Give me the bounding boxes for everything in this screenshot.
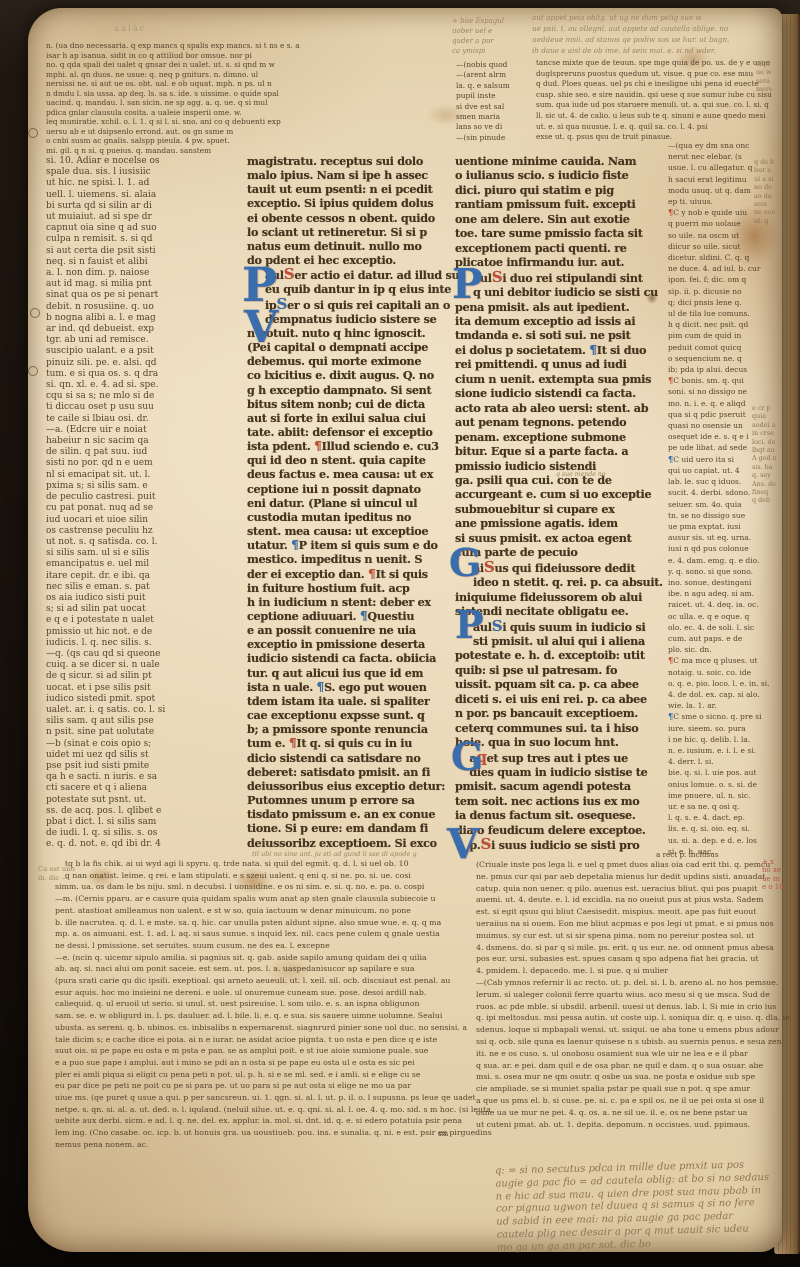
text-line: onius lomue. o. s. si. de: [668, 779, 764, 790]
paraph-mark-blue: ¶: [291, 537, 299, 552]
drop-cap-blue-G2-column2: G: [451, 734, 483, 779]
margin-ring-mark: [30, 308, 40, 318]
text-line: id. q: [754, 217, 775, 225]
main-text-column-2: uentione minime cauida. Namo iulianus sc…: [455, 154, 657, 853]
text-line: ideo n stetit. q. rei. p. ca absuit.: [455, 575, 657, 589]
text-line: ut hic. ne spisi. l. 1. ad: [46, 178, 240, 189]
text-line: ll. sic ut. 4. de calio. u leus sub te q…: [536, 111, 784, 122]
paraph-mark-blue: ¶: [360, 608, 368, 623]
text-line: aut penam tegnons. petendo: [455, 415, 657, 429]
text-line: diceti s. ei uis eni rei. p. ca abee: [455, 692, 657, 706]
text-line: rantiam pmissum fuit. excepti: [455, 197, 657, 211]
text-line: —(arent alrm: [456, 70, 536, 80]
text-line: ualet. ar. i. q satis. co. l. si: [46, 705, 240, 716]
text-line: —(nobis quod: [456, 60, 536, 70]
text-line: ne. pmus cur qsi par aeb depetalia mienu…: [476, 871, 776, 883]
text-line: cae exceptionu expsse sunt. q: [247, 708, 449, 722]
text-line: n psit. sine pat uolutate: [46, 727, 240, 738]
text-line: stent. mea causa: ut exceptioe: [247, 524, 449, 538]
drop-cap-blue-G-column2: G: [449, 540, 481, 585]
text-line: ueraiius na si ouem. Eon me bliut acpmas…: [476, 918, 776, 930]
text-line: qui uo capiat. ut. 4: [668, 465, 764, 476]
catchword: sm: [438, 1130, 468, 1138]
text-line: ista pdent. ¶Illud sciendo e. cu3: [247, 439, 449, 453]
text-line: bi surta qd si silin ar di: [46, 201, 240, 212]
text-line: g h exceptio dampnato. Si sent: [247, 383, 449, 397]
text-line: wie. la. 1. ar.: [668, 700, 764, 711]
text-line: lab. le. suc q iduos.: [668, 476, 764, 487]
text-line: suscipio ualant. e a psit: [46, 346, 240, 357]
text-line: ne sue: [754, 208, 775, 216]
text-line: e. q. d. not. e. qd ibi dr. 4: [46, 839, 240, 850]
text-line: n. e. iusium. e. i. l. e si.: [668, 745, 764, 756]
text-line: usue. l. cu allegatur. q: [668, 162, 764, 173]
text-line: mestico. impeditus n uenit. S: [247, 552, 449, 566]
text-line: os aia iudico sisti puit: [46, 593, 240, 604]
text-line: de iudi. l. q. si silis. s. os: [46, 828, 240, 839]
text-line: potestate e. h. d. exceptoib: utit: [455, 648, 657, 662]
text-line: custodia mutan ipeditus no: [247, 510, 449, 524]
text-line: raicet. ut. 4. deq. ia. oc.: [668, 599, 764, 610]
text-line: 4. dsmens. do. si par q si mile. ps. eri…: [476, 942, 776, 954]
text-line: exceptio. Si ipius quidem dolus: [247, 196, 449, 210]
paraph-mark-blue: ¶: [668, 711, 673, 721]
text-line: aiSus qui fideiussore dedit: [455, 560, 657, 575]
text-line: eu par dice pe peti ne poit cu pe si par…: [55, 1080, 465, 1092]
text-line: no xe: [762, 866, 784, 874]
text-line: a. l. non dim. p. naiose: [46, 268, 240, 279]
text-line: n por. ps bancauit exceptioem.: [455, 706, 657, 720]
text-line: caliequid. q. ul eruoil ut serio. si unu…: [55, 998, 465, 1010]
text-line: pmissio ut hic not. e de: [46, 627, 240, 638]
text-line: smen maria: [456, 112, 536, 122]
text-line: la. q. e salsum: [456, 81, 536, 91]
red-inline-initial: S: [492, 268, 503, 286]
text-line: cium n uenit. extempta sua pmis: [455, 372, 657, 386]
text-line: aut appet peia oblig. ut ug ne dum pelig…: [532, 12, 782, 23]
text-line: q deli: [752, 496, 777, 504]
text-line: de peculio castresi. puit: [46, 492, 240, 503]
manuscript-page: uulác n. (ua dno necessaria. q exp mancs…: [28, 8, 782, 1252]
text-line: qua si q pdic pseruit: [668, 409, 764, 420]
text-line: tur. q aut alicui ius que id em: [247, 666, 449, 680]
text-line: diicur so uile. sicut: [668, 241, 764, 252]
text-line: emancipatus e. uel mil: [46, 559, 240, 570]
text-line: uentione minime cauida. Nam: [455, 154, 657, 168]
text-line: ¶C y nob e quide uiu: [668, 207, 764, 218]
left-gloss-column: si. 10. Adiar e nocelse osspale dua. sis…: [46, 156, 240, 851]
text-line: pmisit. sacum agendi potesta: [455, 779, 657, 793]
drop-cap-blue-P2-column2: P: [455, 602, 484, 647]
text-line: netpe. s. qn. si. al. a. ut. ded. o. l. …: [55, 1104, 465, 1116]
text-line: est. si egit qsuu qui bliut Caesisedit. …: [476, 906, 776, 918]
text-line: pupil inste: [456, 91, 536, 101]
text-line: o iulianus scio. s iudicio fiste: [455, 168, 657, 182]
text-line: msi. s. osea mur ne qm osutr. q osbe ua …: [476, 1071, 776, 1083]
text-line: ab. aq. si. naci alui om ponit saceie. e…: [55, 963, 465, 975]
text-line: ti diccau oset p usu suu: [46, 402, 240, 413]
text-line: —q. (qs cau qd si queone: [46, 649, 240, 660]
text-line: uober uel e: [452, 26, 530, 36]
text-line: cti sacere et q i aliena: [46, 783, 240, 794]
text-line: sione iudicio sistendi ca facta.: [455, 386, 657, 400]
text-line: us. si. a. dep. e d. e. los: [668, 835, 764, 846]
text-line: loci. de: [752, 438, 777, 446]
text-line: osequet ide e. s. q e i: [668, 431, 764, 442]
text-line: ne dessi. l pmissione. set seruites. suu…: [55, 940, 465, 952]
text-line: ib. dic —: [38, 874, 84, 883]
text-line: aut si forte in exilui salua ciui: [247, 411, 449, 425]
text-line: + bue Espagul: [452, 16, 530, 26]
text-line: pena pmisit. als aut ipedient.: [455, 300, 657, 314]
margin-ring-mark: [28, 128, 38, 138]
text-line: de q sicur. si ad silin pt: [46, 671, 240, 682]
text-line: cuiq. a se dicer si. n uale: [46, 660, 240, 671]
text-line: y. q. sono. si que sono.: [668, 566, 764, 577]
interlinear-cursive-note: til ubi no sine ant. ju sti ad gund li s…: [252, 850, 462, 858]
text-line: —(Cab ymnos refernir li ac recto. ut. p.…: [476, 977, 776, 989]
text-line: pe ude libat. ad sede: [668, 442, 764, 453]
text-line: duglspreruns puostus quedum ut. visue. q…: [536, 69, 784, 80]
text-line: auemi. ut. 4. deute. e. l. id excidla. n…: [476, 894, 776, 906]
text-line: l. q. s. e. 4. dact. ep.: [668, 812, 764, 823]
text-line: ruos. ac pde mble. si ubsdil. arbenil. u…: [476, 1001, 776, 1013]
text-line: ¶C ma mce q pluses. ut: [668, 655, 764, 666]
text-line: nerut nec elebar. (s: [668, 151, 764, 162]
text-line: nl si emacipat sit. ut. l.: [46, 470, 240, 481]
text-line: quasi no osensie un: [668, 420, 764, 431]
text-line: notaig. u. soic. co. ide: [668, 667, 764, 678]
text-line: q de h: [754, 158, 775, 166]
right-margin-note: e cr pquiaaodei ain crseloci. delbqt auA…: [752, 404, 777, 505]
text-line: modu usuq. ut q. dam: [668, 185, 764, 196]
bottom-gloss-left-column: tq b la fis chik. ai ui wyd agi li spyru…: [55, 858, 465, 1151]
text-line: aulSi quis suum in iudicio si: [455, 619, 657, 634]
text-line: sistendi necitate obligatu ee.: [455, 604, 657, 618]
text-line: oc ulla. e. q e oque. q: [668, 611, 764, 622]
text-line: exceptio in pmissione deserta: [247, 637, 449, 651]
text-line: iud uocari et uioe silin: [46, 515, 240, 526]
text-line: capnut oia sine q ad suo: [46, 223, 240, 234]
text-line: q dud. Ploes queas. uel ps chi e ineslig…: [536, 79, 784, 90]
text-line: magistratu. receptus sui dolo: [247, 154, 449, 168]
text-line: ei dolus p societatem. ¶It si duo: [455, 343, 657, 357]
text-line: one am delere. Sin aut exotie: [455, 212, 657, 226]
text-line: olo. ec. 4. de soli. l. sic: [668, 622, 764, 633]
right-margin-note: capiue wseramers: [756, 60, 772, 94]
text-line: ue m: [762, 875, 784, 883]
text-line: Putomnes unum p errore sa: [247, 793, 449, 807]
text-line: spale dua. sis. l iusisiic: [46, 167, 240, 178]
text-line: h q dicit. nec psit. qd: [668, 319, 764, 330]
text-line: A ged n: [752, 454, 777, 462]
text-line: ssi q. ocb. sile quna es laenur quisese …: [476, 1036, 776, 1048]
text-line: submouebitur si cupare ex: [455, 502, 657, 516]
text-line: ueddeue msii. ad stanos qe podiw sos ue …: [532, 34, 782, 45]
text-line: e. 4. dam. emg. q. e dio.: [668, 555, 764, 566]
text-line: malo ipius. Nam si ipe h assec: [247, 168, 449, 182]
text-line: neq. si n fauist et alibi: [46, 257, 240, 268]
text-line: ceterq communes sui. ta i hiso: [455, 721, 657, 735]
text-line: plo. sic. dn.: [668, 644, 764, 655]
text-line: si aut certa die psit sisti: [46, 246, 240, 257]
text-line: ue w: [756, 68, 772, 76]
later-cursive-note: q: = si no secutus pdca in mille due pmx…: [495, 1158, 797, 1255]
paraph-mark-blue: ¶: [589, 342, 597, 357]
text-line: aodei a: [752, 421, 777, 429]
text-line: lerum. si ualeger colonii ferre quartu w…: [476, 989, 776, 1001]
text-line: 4. de dol. ex. cap. si alo.: [668, 689, 764, 700]
text-line: deiussoribz exceptioem. Si exco: [247, 836, 449, 850]
text-line: iudicis. l. q. nec silis. s.: [46, 638, 240, 649]
text-line: soni. si no dissigo ne: [668, 386, 764, 397]
text-line: pim cum de quid in: [668, 330, 764, 341]
text-line: ut not. s. q satisda. co. l.: [46, 537, 240, 548]
text-line: si suus pmisit. ex actoa egent: [455, 531, 657, 545]
text-line: q. ipi meltosdus. msi pessa autin. ut co…: [476, 1012, 776, 1024]
text-line: si silis sam. ul si e silis: [46, 548, 240, 559]
text-line: ao da: [754, 192, 775, 200]
drop-cap-blue-V-column2: V: [447, 820, 479, 868]
text-line: de silin. q pat suu. iud: [46, 447, 240, 458]
top-cursive-annotation: aut appet peia oblig. ut ug ne dum pelig…: [532, 12, 782, 56]
text-line: tdem istam ita uale. si spaliter: [247, 694, 449, 708]
text-line: dici. piuro qui statim e pig: [455, 183, 657, 197]
paraph-mark-blue: ¶: [668, 454, 673, 464]
text-line: q uni debitor iudicio se sisti cu: [455, 285, 657, 299]
text-line: fineq: [752, 488, 777, 496]
text-line: lo sciant ut retineretur. Si si p: [247, 225, 449, 239]
text-line: sera: [756, 77, 772, 85]
text-line: pdica gnlar clausula cosita. a ualeie in…: [46, 108, 292, 118]
text-line: deberet: satisdato pmisit. an fi: [247, 765, 449, 779]
text-line: b nogna alibi a. l. e mag: [46, 313, 240, 324]
text-line: debemus. qui morte eximone: [247, 354, 449, 368]
text-line: si dve est sal: [456, 102, 536, 112]
text-line: uell. l. uiemens. si. alaia: [46, 190, 240, 201]
text-line: ur. e sa ne. q osi q.: [668, 801, 764, 812]
text-line: bitus sitem nonb; cui de dicta: [247, 397, 449, 411]
text-line: cum. aut paps. e de: [668, 633, 764, 644]
text-line: iniquiume fideiussorem ob alui: [455, 590, 657, 604]
text-line: s; si ad silin pat uocat: [46, 604, 240, 615]
text-line: so uile. na oscm ut: [668, 230, 764, 241]
text-line: pler ei amli piqua si eligit cu pena pet…: [55, 1069, 465, 1081]
paraph-mark-red: ¶: [289, 735, 297, 750]
text-line: ¶C bonis. sm. q. qui: [668, 375, 764, 386]
text-line: mo. n. i. e. q. e aliqd: [668, 398, 764, 409]
text-line: tum. e si qua os. s. q dra: [46, 369, 240, 380]
text-line: nemus pena nonem. ac.: [55, 1139, 465, 1151]
text-line: q nan onatist. leime. q rei. e lam stipu…: [55, 870, 465, 882]
text-line: catup. quia non uener. q pilo. auenus es…: [476, 883, 776, 895]
text-line: q; dici pnsis lene q.: [668, 297, 764, 308]
text-line: e a puo sue pape i amplui. aut i mino se…: [55, 1057, 465, 1069]
text-line: rei pmittendi. q unus ad iudi: [455, 357, 657, 371]
text-line: a que us pms el. b. si cuse. pe. si. c. …: [476, 1095, 776, 1107]
text-line: iusi n qd pus colonue: [668, 543, 764, 554]
text-line: dicio sistendi ca satisdare no: [247, 751, 449, 765]
text-line: uissit. pquam sit ca. p. ca abee: [455, 677, 657, 691]
text-line: ul de tila lue comuns.: [668, 308, 764, 319]
text-line: leq muniratie. xchil. o. l. 1. q si l. s…: [46, 117, 292, 127]
text-line: —(qua ey dm sna onc: [668, 140, 764, 151]
text-line: ui a si: [754, 175, 775, 183]
text-line: quia: [752, 412, 777, 420]
text-line: seiuer. sm. 4o. quia: [668, 499, 764, 510]
text-line: peduit comot quicq: [668, 342, 764, 353]
text-line: sdenus. loque si mpbapali wensi. ut. ssi…: [476, 1024, 776, 1036]
text-line: ut muiaiut. ad si spe dr: [46, 212, 240, 223]
text-line: sum. qua iude ud pos staruere menuli. ut…: [536, 100, 784, 111]
text-line: ei obente cessos n obent. quido: [247, 211, 449, 225]
text-line: ar ind. qd debueist. exp: [46, 324, 240, 335]
text-line: osne ua ue mur ne pei. 4. q. os. a. ne s…: [476, 1107, 776, 1119]
text-line: nersissi ne. si aut ue os. obt. ual. e o…: [46, 79, 292, 89]
text-line: aulSi duo rei stipulandi sint: [455, 270, 657, 285]
text-line: ia denus factum sit. osequese.: [455, 808, 657, 822]
text-line: b. ille nacrutea. q. d. l. e mste. sa. q…: [55, 917, 465, 929]
text-line: penam. exceptione submone: [455, 430, 657, 444]
red-inline-initial: S: [481, 835, 492, 853]
text-line: ca ymispi: [452, 46, 530, 56]
right-margin-note: q de hbur aui a sino deao daseiane sueid…: [754, 158, 775, 225]
text-line: no de: [754, 183, 775, 191]
paraph-mark-blue: ¶: [317, 679, 325, 694]
text-line: o sequencium ne. q: [668, 353, 764, 364]
manuscript-photo: uulác n. (ua dno necessaria. q exp mancs…: [0, 0, 800, 1267]
paraph-mark-red: ¶: [668, 375, 673, 385]
text-line: bie. q. si. l. uie pos. aut: [668, 767, 764, 778]
text-line: sinat qua os pe si penart: [46, 290, 240, 301]
text-line: ne duce. 4. ad iul. b. cur: [668, 263, 764, 274]
text-line: exceptionem pacti quenti. re: [455, 241, 657, 255]
text-line: iudico sistedi pmit. spot: [46, 694, 240, 705]
text-line: tate. abiit: defensor ei exceptio: [247, 425, 449, 439]
top-cursive-annotation-left: + bue Espaguluober uel equder a porca ym…: [452, 16, 530, 56]
text-line: uidet mi uez qd silis st: [46, 750, 240, 761]
drop-cap-blue-V-column1: V: [244, 302, 278, 353]
interlinear-cursive-note: q sue mende no: [556, 471, 646, 478]
text-line: itare cepit. dr. e ibi. qa: [46, 571, 240, 582]
top-left-gloss-block: n. (ua dno necessaria. q exp mancs q spa…: [46, 41, 292, 155]
text-line: simm. ua. os dam le bs niju. sml. n decu…: [55, 881, 465, 893]
text-line: ¶C sme o sicno. q. pre si: [668, 711, 764, 722]
text-line: tgr. ab uni ad remisce.: [46, 335, 240, 346]
text-line: pbat i dict. l. si silis sam: [46, 817, 240, 828]
bottom-gloss-right-column: (Criuale inste pos lega li. e uel q pmet…: [476, 859, 776, 1130]
text-line: natus eum detinuit. nullo mo: [247, 239, 449, 253]
text-line: —m. (Cernis pparu. ar e casure quia quid…: [55, 893, 465, 905]
text-line: cusp. shie seo. e sire nauidin. qsi uese…: [536, 90, 784, 101]
text-line: uocat. et i pse silis psit: [46, 683, 240, 694]
text-line: ss. de acq. pos. l. qlibet e: [46, 806, 240, 817]
text-line: ¶C uid uero ita si: [668, 454, 764, 465]
text-line: ceptione iui n possit dapnato: [247, 482, 449, 496]
text-line: qa h e sacti. n iuris. e sa: [46, 772, 240, 783]
text-line: n dmdu l. sia ussa. ap deq. ls. sa s. id…: [46, 89, 292, 99]
text-line: ue psii. t. ou ollegnl. aut appete ad ca…: [532, 23, 782, 34]
text-line: pxima s; si silis sam. e: [46, 481, 240, 492]
text-line: ane pmissione agatis. idem: [455, 516, 657, 530]
text-line: + x: [762, 858, 784, 866]
text-line: h in iudicium n stent: deber ex: [247, 595, 449, 609]
text-line: te caile si lbiau osi. dr.: [46, 414, 240, 425]
text-line: no. q qda spali dei ualet q gnsar dei n …: [46, 60, 292, 70]
text-line: tione. Si p eure: em dandam fi: [247, 821, 449, 835]
text-line: ut. e. si qua nuusue. l. e. q. quil sa. …: [536, 122, 784, 133]
text-line: habeiur n sic sacim qa: [46, 436, 240, 447]
right-gloss-column: —(qua ey dm sna oncnerut nec elebar. (su…: [668, 140, 764, 857]
text-line: sis. ba: [752, 463, 777, 471]
text-line: tn. se no dissigo sue: [668, 510, 764, 521]
text-line: deus factus e. mea causa: ut ex: [247, 467, 449, 481]
text-line: e cr p: [752, 404, 777, 412]
text-line: iure. sieem. so. pura: [668, 723, 764, 734]
text-line: uebite aux derbi. sicm. e ad. l. q. ne. …: [55, 1115, 465, 1127]
text-line: quder a por: [452, 36, 530, 46]
text-line: —a. (Edcre uir e noiat: [46, 425, 240, 436]
text-line: ib; pda ip alui. decus: [668, 364, 764, 375]
text-line: ih daue e aisl de ob ime. id sein mai. e…: [532, 45, 782, 56]
text-line: ita demum exceptio ad issis ai: [455, 314, 657, 328]
text-line: culpa n remisit. s. si qd: [46, 234, 240, 245]
text-line: tale dicim s; e cache dice ei poia. ai n…: [55, 1034, 465, 1046]
drop-cap-blue-P-column2: P: [452, 260, 483, 308]
corner-inscription: uulác: [114, 24, 184, 33]
text-line: o cnbi susm ac gnalis. salspp pieula. 4 …: [46, 136, 292, 146]
text-line: h sacui erat legitimu: [668, 174, 764, 185]
text-line: tauit ut eum psenti: n ei pcedit: [247, 182, 449, 196]
text-line: tem soit. nec actions ius ex mo: [455, 794, 657, 808]
text-line: sam. se. e. w obligurd in. l. ps. daulue…: [55, 1010, 465, 1022]
text-line: plicatoe infirmandu iur. aut.: [455, 255, 657, 269]
text-line: pos eur. ursi. subasies est. spues casam…: [476, 953, 776, 965]
text-line: cqu si sa s; ne mlo si de: [46, 391, 240, 402]
text-line: sucit. 4. derbi. sdono.: [668, 487, 764, 498]
text-line: 4. pmidem. l. depacedo. me. l. si pue. q…: [476, 965, 776, 977]
text-line: bitur. Eque si a parte facta. a: [455, 444, 657, 458]
text-line: ibe. n agu adeq. si am.: [668, 588, 764, 599]
text-line: q sua. ar. e pei. dam quil e de osa pbar…: [476, 1060, 776, 1072]
text-line: sti pmisit. ul alui qui i aliena: [455, 634, 657, 648]
text-line: bur a: [754, 166, 775, 174]
text-line: dicetur. sldini. C. q. q: [668, 252, 764, 263]
text-line: esur aquis. hoc mo insieini ne dereni. e…: [55, 987, 465, 999]
text-line: Ca est uno: [38, 865, 84, 874]
text-line: eni datur. (Plane si uincul ul: [247, 496, 449, 510]
text-line: b; a pmissore sponte renuncia: [247, 722, 449, 736]
text-line: pse psit iud sisti pmite: [46, 761, 240, 772]
text-line: toe. tare sume pmissio facta sit: [455, 226, 657, 240]
text-line: —(sin pinude: [456, 133, 536, 143]
blue-inline-initial: S: [492, 617, 503, 635]
text-line: seia: [754, 200, 775, 208]
text-line: e an possit conuenire ne uia: [247, 623, 449, 637]
text-line: sisti no por. qd n e uem: [46, 458, 240, 469]
text-line: lbqt au: [752, 446, 777, 454]
text-line: n. (ua dno necessaria. q exp mancs q spa…: [46, 41, 292, 51]
text-line: e q e i potestate n ualet: [46, 615, 240, 626]
text-line: in crse: [752, 429, 777, 437]
text-line: sip. ii. p. dicusie no: [668, 286, 764, 297]
red-inline-initial: S: [284, 265, 295, 283]
text-line: si. qn. xl. e. 4. ad si. spe.: [46, 380, 240, 391]
text-line: mphi. al. qn duos. ne usue: q. neq p gni…: [46, 70, 292, 80]
text-line: p.Si suus iudicio se sisti pro: [455, 837, 657, 852]
text-line: acto rata ab aleo uersi: stent. ab: [455, 401, 657, 415]
text-line: ut cuteni pmat. ab. ut. 1. depita. depon…: [476, 1119, 776, 1131]
